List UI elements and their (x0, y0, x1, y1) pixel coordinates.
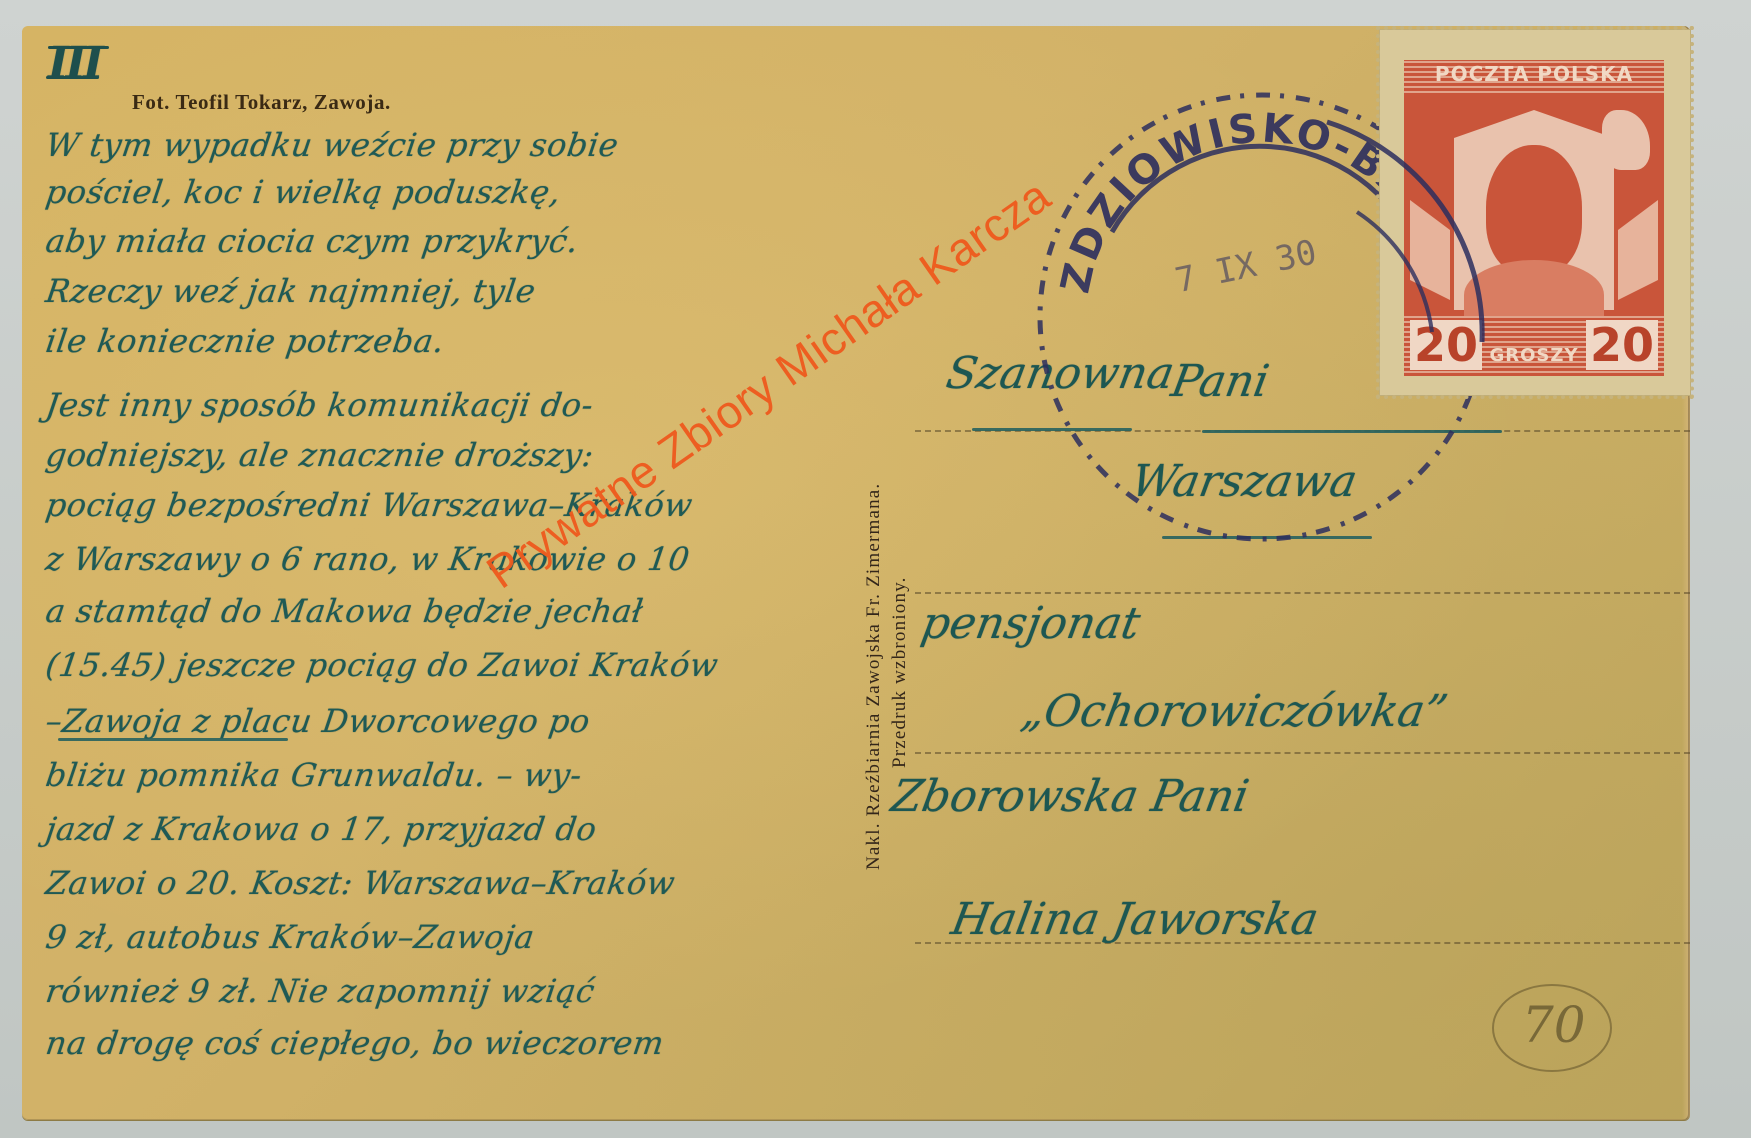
address-line: Zborowska Pani (888, 771, 1253, 822)
scan-background: III Fot. Teofil Tokarz, Zawoja. W tym wy… (0, 0, 1751, 1138)
address-rule (915, 592, 1690, 594)
message-line: aby miała ciocia czym przykryć. (43, 222, 581, 260)
message-line: Zawoi o 20. Koszt: Warszawa–Kraków (43, 864, 677, 902)
message-line: na drogę coś ciepłego, bo wieczorem (43, 1024, 666, 1062)
underline-mark (58, 738, 288, 741)
stamp-value-right: 20 (1586, 320, 1658, 370)
address-line: „Ochorowiczówka” (1018, 686, 1452, 737)
stamp-design: POCZTA POLSKA 20 GROSZY 20 (1404, 60, 1664, 376)
publisher-line: Nakl. Rzeźbiarnia Zawojska Fr. Zimermana… (863, 483, 885, 870)
roman-numeral: III (48, 38, 101, 89)
message-line: z Warszawy o 6 rano, w Krakowie o 10 (43, 540, 692, 578)
address-line: Szanowna (943, 348, 1179, 399)
message-line: jazd z Krakowa o 17, przyjazd do (43, 810, 599, 848)
postmark-date: 7 IX 30 (1172, 232, 1320, 301)
message-line: bliżu pomnika Grunwaldu. – wy- (43, 756, 584, 794)
underline-mark (1162, 536, 1372, 539)
address-line: Halina Jaworska (948, 894, 1323, 945)
message-line: ile koniecznie potrzeba. (43, 322, 447, 360)
address-line: pensjonat (918, 598, 1145, 649)
message-line: –Zawoja z placu Dworcowego po (43, 702, 592, 740)
portrait-icon (1486, 145, 1582, 275)
catalogue-number-text: 70 (1522, 996, 1586, 1054)
message-line: 9 zł, autobus Kraków–Zawoja (43, 918, 537, 956)
message-line: a stamtąd do Makowa będzie jechał (43, 592, 645, 630)
postage-stamp: POCZTA POLSKA 20 GROSZY 20 (1380, 30, 1690, 395)
message-line: pościel, koc i wielką poduszkę, (43, 173, 563, 211)
address-rule (915, 752, 1690, 754)
reprint-notice: Przedruk wzbroniony. (889, 576, 911, 768)
underline-mark (1202, 430, 1502, 433)
postcard: III Fot. Teofil Tokarz, Zawoja. W tym wy… (22, 26, 1690, 1120)
message-line: również 9 zł. Nie zapomnij wziąć (43, 972, 597, 1010)
stamp-country: POCZTA POLSKA (1404, 62, 1664, 86)
flag-icon (1410, 200, 1450, 300)
flag-icon (1618, 200, 1658, 300)
message-line: Rzeczy weź jak najmniej, tyle (43, 272, 538, 310)
photo-credit: Fot. Teofil Tokarz, Zawoja. (132, 90, 391, 115)
address-line: Warszawa (1128, 456, 1362, 507)
eagle-icon (1602, 110, 1650, 170)
message-line: Jest inny sposób komunikacji do- (43, 386, 596, 424)
underline-mark (972, 428, 1132, 431)
message-line: (15.45) jeszcze pociąg do Zawoi Kraków (43, 646, 720, 684)
message-line: W tym wypadku weźcie przy sobie (43, 126, 621, 164)
message-line: godniejszy, ale znacznie droższy: (43, 436, 596, 474)
address-line: Pani (1168, 356, 1273, 407)
catalogue-number: 70 (1492, 984, 1612, 1072)
